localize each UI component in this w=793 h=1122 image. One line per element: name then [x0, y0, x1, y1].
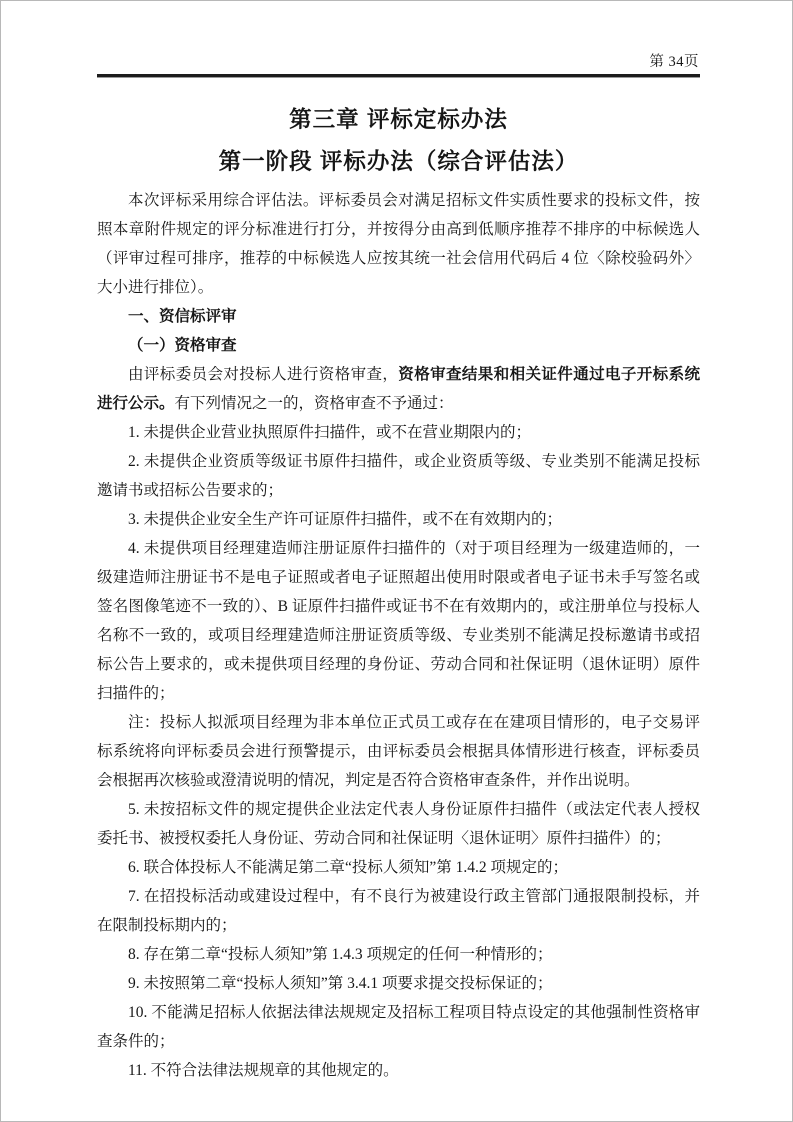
section-heading: 一、资信标评审	[97, 302, 700, 331]
chapter-title: 第三章 评标定标办法	[97, 105, 700, 135]
note-paragraph: 注：投标人拟派项目经理为非本单位正式员工或存在在建项目情形的，电子交易评标系统将…	[97, 708, 700, 795]
list-item-1: 1. 未提供企业营业执照原件扫描件，或不在营业期限内的；	[97, 418, 700, 447]
page-header: 第 34页	[97, 1, 700, 78]
list-item-11: 11. 不符合法律法规规章的其他规定的。	[97, 1056, 700, 1085]
list-item-7: 7. 在招投标活动或建设过程中，有不良行为被建设行政主管部门通报限制投标，并在限…	[97, 882, 700, 940]
list-item-10: 10. 不能满足招标人依据法律法规规定及招标工程项目特点设定的其他强制性资格审查…	[97, 998, 700, 1056]
qualification-lead-normal: 由评标委员会对投标人进行资格审查，	[128, 366, 398, 383]
header-rule	[97, 74, 700, 78]
intro-paragraph: 本次评标采用综合评估法。评标委员会对满足招标文件实质性要求的投标文件，按照本章附…	[97, 186, 700, 302]
list-item-6: 6. 联合体投标人不能满足第二章“投标人须知”第 1.4.2 项规定的；	[97, 853, 700, 882]
list-item-3: 3. 未提供企业安全生产许可证原件扫描件，或不在有效期内的；	[97, 505, 700, 534]
page-number: 第 34页	[97, 51, 700, 73]
list-item-8: 8. 存在第二章“投标人须知”第 1.4.3 项规定的任何一种情形的；	[97, 940, 700, 969]
list-item-5: 5. 未按招标文件的规定提供企业法定代表人身份证原件扫描件（或法定代表人授权委托…	[97, 795, 700, 853]
list-item-2: 2. 未提供企业资质等级证书原件扫描件，或企业资质等级、专业类别不能满足投标邀请…	[97, 447, 700, 505]
stage-title: 第一阶段 评标办法（综合评估法）	[97, 147, 700, 177]
list-item-9: 9. 未按照第二章“投标人须知”第 3.4.1 项要求提交投标保证的；	[97, 969, 700, 998]
qualification-lead-paragraph: 由评标委员会对投标人进行资格审查，资格审查结果和相关证件通过电子开标系统进行公示…	[97, 360, 700, 418]
list-item-4: 4. 未提供项目经理建造师注册证原件扫描件的（对于项目经理为一级建造师的，一级建…	[97, 534, 700, 708]
document-page: 第 34页 第三章 评标定标办法 第一阶段 评标办法（综合评估法） 本次评标采用…	[0, 0, 793, 1122]
qualification-lead-rest: 有下列情况之一的，资格审查不予通过：	[175, 395, 454, 412]
document-body: 本次评标采用综合评估法。评标委员会对满足招标文件实质性要求的投标文件，按照本章附…	[97, 186, 700, 1085]
subsection-heading: （一）资格审查	[97, 331, 700, 360]
